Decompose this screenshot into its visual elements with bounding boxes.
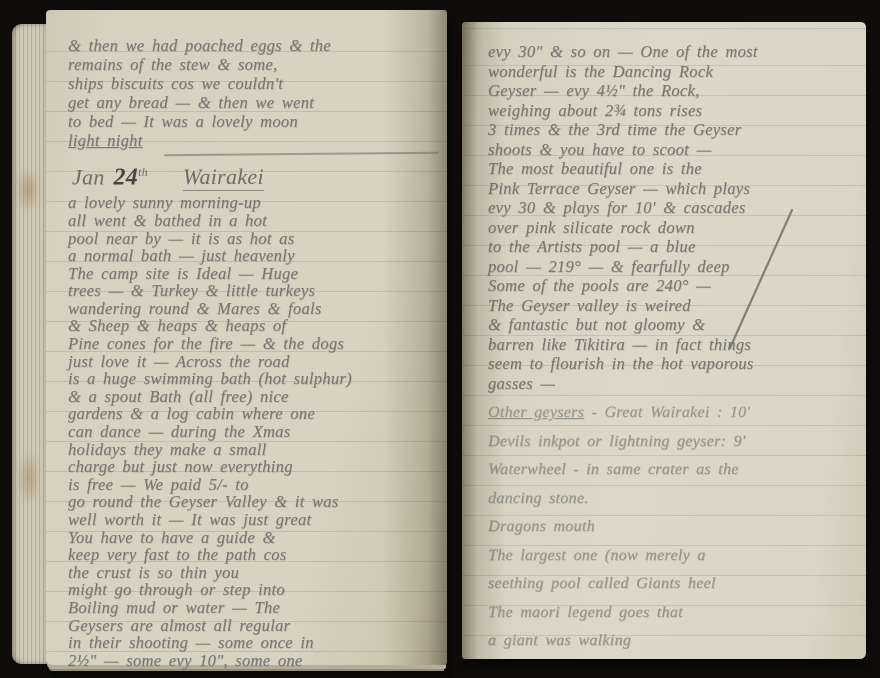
- handwriting-line: wandering round & Mares & foals: [68, 300, 439, 318]
- handwriting-line: Geysers are almost all regular: [68, 617, 439, 635]
- entry-place: Wairakei: [183, 164, 264, 191]
- handwriting-line: pool — 219° — & fearfully deep: [488, 257, 856, 277]
- handwriting-line: The most beautiful one is the: [488, 159, 856, 179]
- handwriting-line: Other geysers - Great Wairakei : 10': [488, 399, 856, 428]
- handwriting-line: remains of the stew & some,: [68, 55, 439, 74]
- handwriting-line: pool near by — it is as hot as: [68, 230, 439, 248]
- handwriting-line: & fantastic but not gloomy &: [488, 315, 856, 335]
- handwriting-line: well worth it — It was just great: [68, 511, 439, 529]
- right-page-notes-lines: Devils inkpot or lightning geyser: 9'Wat…: [488, 428, 856, 656]
- paper-stain: [16, 168, 40, 212]
- handwriting-line: Devils inkpot or lightning geyser: 9': [488, 428, 856, 457]
- handwriting-line: You have to have a guide &: [68, 529, 439, 547]
- handwriting-line: Pink Terrace Geyser — which plays: [488, 179, 856, 199]
- handwriting-line: light night: [68, 131, 439, 150]
- handwriting-line: wonderful is the Dancing Rock: [488, 62, 856, 82]
- handwriting-line: can dance — during the Xmas: [68, 423, 439, 441]
- geyser-notes-section: Other geysers - Great Wairakei : 10' Dev…: [488, 399, 856, 656]
- handwriting-line: a lovely sunny morning-up: [68, 194, 439, 212]
- handwriting-line: all went & bathed in a hot: [68, 212, 439, 230]
- handwriting-line: Dragons mouth: [488, 513, 856, 542]
- handwriting-line: The camp site is Ideal — Huge: [68, 265, 439, 283]
- handwriting-line: is a huge swimming bath (hot sulphur): [68, 370, 439, 388]
- handwriting-line: 2½" — some evy 10", some one: [68, 652, 439, 670]
- paper-stain: [18, 450, 40, 506]
- entry-ordinal: th: [138, 165, 148, 179]
- handwriting-line: to bed — It was a lovely moon: [68, 112, 439, 131]
- handwriting-line: in their shooting — some once in: [68, 634, 439, 652]
- handwriting-line: Boiling mud or water — The: [68, 599, 439, 617]
- handwriting-line: Some of the pools are 240° —: [488, 276, 856, 296]
- handwriting-line: The Geyser valley is weired: [488, 296, 856, 316]
- handwriting-line: to the Artists pool — a blue: [488, 237, 856, 257]
- handwriting-line: Pine cones for the fire — & the dogs: [68, 335, 439, 353]
- handwriting-line: keep very fast to the path cos: [68, 546, 439, 564]
- handwriting-line: Geyser — evy 4½" the Rock,: [488, 81, 856, 101]
- handwriting-line: & then we had poached eggs & the: [68, 36, 439, 55]
- handwriting-line: seething pool called Giants heel: [488, 570, 856, 599]
- left-page-body-paragraph: a lovely sunny morning-upall went & bath…: [68, 194, 439, 669]
- handwriting-line: trees — & Turkey & little turkeys: [68, 282, 439, 300]
- right-page: evy 30" & so on — One of the mostwonderf…: [462, 22, 866, 659]
- handwriting-line: holidays they make a small: [68, 441, 439, 459]
- entry-month: Jan: [72, 164, 105, 189]
- entry-day: 24: [113, 164, 138, 190]
- handwriting-line: barren like Tikitira — in fact things: [488, 335, 856, 355]
- handwriting-line: shoots & you have to scoot —: [488, 140, 856, 160]
- handwriting-line: Waterwheel - in same crater as the: [488, 456, 856, 485]
- handwriting-line: charge but just now everything: [68, 458, 439, 476]
- entry-heading: Jan 24th Wairakei: [72, 157, 439, 192]
- book-page-edges: [12, 24, 50, 664]
- handwriting-line: gasses —: [488, 374, 856, 394]
- handwriting-line: The largest one (now merely a: [488, 542, 856, 571]
- left-page: & then we had poached eggs & theremains …: [46, 10, 447, 665]
- handwriting-line: seem to flourish in the hot vaporous: [488, 354, 856, 374]
- handwriting-line: just love it — Across the road: [68, 353, 439, 371]
- handwriting-line: & a spout Bath (all free) nice: [68, 388, 439, 406]
- left-page-intro-paragraph: & then we had poached eggs & theremains …: [68, 36, 439, 150]
- handwriting-line: evy 30" & so on — One of the most: [488, 42, 856, 62]
- handwriting-line: & Sheep & heaps & heaps of: [68, 317, 439, 335]
- handwriting-line: gardens & a log cabin where one: [68, 405, 439, 423]
- handwriting-line: evy 30 & plays for 10' & cascades: [488, 198, 856, 218]
- handwriting-line: weighing about 2¾ tons rises: [488, 101, 856, 121]
- handwriting-line: over pink silicate rock down: [488, 218, 856, 238]
- handwriting-line: The maori legend goes that: [488, 599, 856, 628]
- handwriting-line: might go through or step into: [68, 581, 439, 599]
- handwriting-line: ships biscuits cos we couldn't: [68, 74, 439, 93]
- photo-background: & then we had poached eggs & theremains …: [0, 0, 880, 678]
- handwriting-line: 3 times & the 3rd time the Geyser: [488, 120, 856, 140]
- handwriting-line: is free — We paid 5/- to: [68, 476, 439, 494]
- notes-heading: Other geysers: [488, 404, 584, 421]
- handwriting-line: dancing stone.: [488, 485, 856, 514]
- handwriting-line: the crust is so thin you: [68, 564, 439, 582]
- notes-heading-rest: - Great Wairakei : 10': [584, 404, 750, 421]
- right-page-body-paragraph: evy 30" & so on — One of the mostwonderf…: [488, 42, 856, 393]
- handwriting-line: get any bread — & then we went: [68, 93, 439, 112]
- pencil-divider-line: [164, 152, 439, 156]
- handwriting-line: a giant was walking: [488, 627, 856, 656]
- handwriting-line: a normal bath — just heavenly: [68, 247, 439, 265]
- handwriting-line: go round the Geyser Valley & it was: [68, 493, 439, 511]
